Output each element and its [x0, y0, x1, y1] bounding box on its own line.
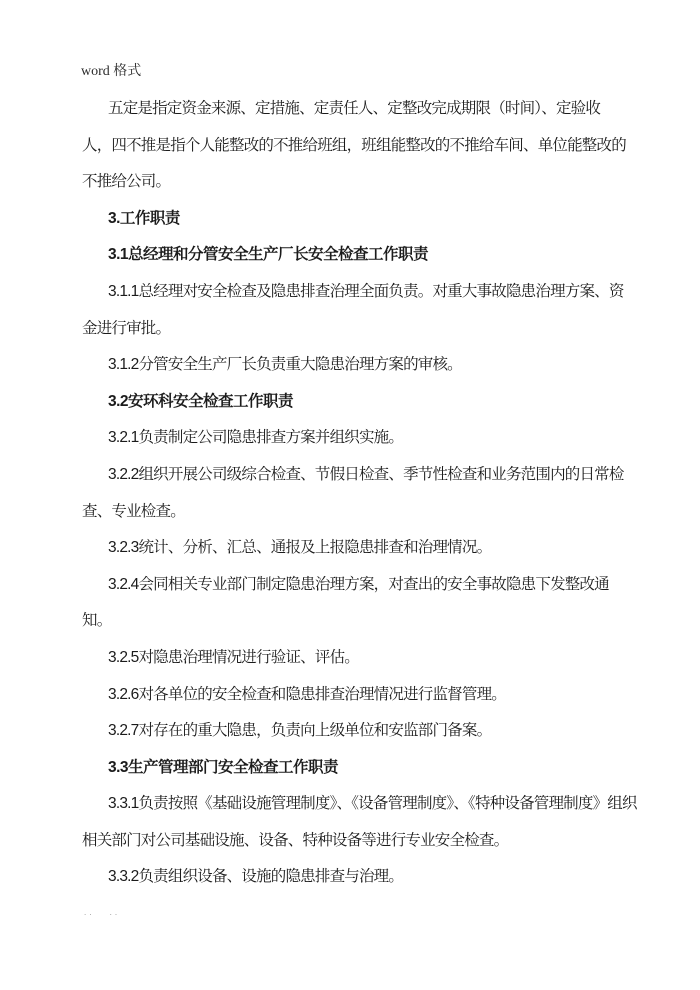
word-format-label: word 格式	[81, 60, 141, 80]
body-line: 3.2.5对隐患治理情况进行验证、评估。	[82, 640, 628, 677]
body-line: 3.2.6对各单位的安全检查和隐患排查治理情况进行监督管理。	[82, 677, 628, 714]
body-line: 人，四不推是指个人能整改的不推给班组，班组能整改的不推给车间、单位能整改的	[82, 128, 628, 165]
body-line: 知。	[82, 603, 628, 640]
body-line: 3.1.1总经理对安全检查及隐患排查治理全面负责。对重大事故隐患治理方案、资	[82, 274, 628, 311]
heading-3-work-duties: 3.工作职责	[82, 201, 628, 238]
body-line: 不推给公司。	[82, 164, 628, 201]
heading-3-3-production-dept: 3.3生产管理部门安全检查工作职责	[82, 750, 628, 787]
body-line: 3.1.2分管安全生产厂长负责重大隐患治理方案的审核。	[82, 347, 628, 384]
document-page: word 格式 五定是指定资金来源、定措施、定责任人、定整改完成期限（时间）、定…	[0, 0, 700, 990]
body-line: 3.2.7对存在的重大隐患，负责向上级单位和安监部门备案。	[82, 713, 628, 750]
body-line: 五定是指定资金来源、定措施、定责任人、定整改完成期限（时间）、定验收	[82, 91, 628, 128]
heading-3-2-safety-dept: 3.2安环科安全检查工作职责	[82, 384, 628, 421]
body-line: 金进行审批。	[82, 311, 628, 348]
heading-3-1-general-manager: 3.1总经理和分管安全生产厂长安全检查工作职责	[82, 237, 628, 274]
body-line: 3.2.3统计、分析、汇总、通报及上报隐患排查和治理情况。	[82, 530, 628, 567]
body-line: 查、专业检查。	[82, 494, 628, 531]
body-line: 3.2.4会同相关专业部门制定隐患治理方案，对查出的安全事故隐患下发整改通	[82, 567, 628, 604]
body-line: 相关部门对公司基础设施、设备、特种设备等进行专业安全检查。	[82, 823, 628, 860]
footer-marks: .. ..	[84, 908, 120, 917]
body-line: 3.3.2负责组织设备、设施的隐患排查与治理。	[82, 859, 628, 896]
body-line: 3.2.2组织开展公司级综合检查、节假日检查、季节性检查和业务范围内的日常检	[82, 457, 628, 494]
body-line: 3.2.1负责制定公司隐患排查方案并组织实施。	[82, 420, 628, 457]
body-line: 3.3.1负责按照《基础设施管理制度》、《设备管理制度》、《特种设备管理制度》组…	[82, 786, 628, 823]
document-body: 五定是指定资金来源、定措施、定责任人、定整改完成期限（时间）、定验收 人，四不推…	[82, 91, 628, 896]
